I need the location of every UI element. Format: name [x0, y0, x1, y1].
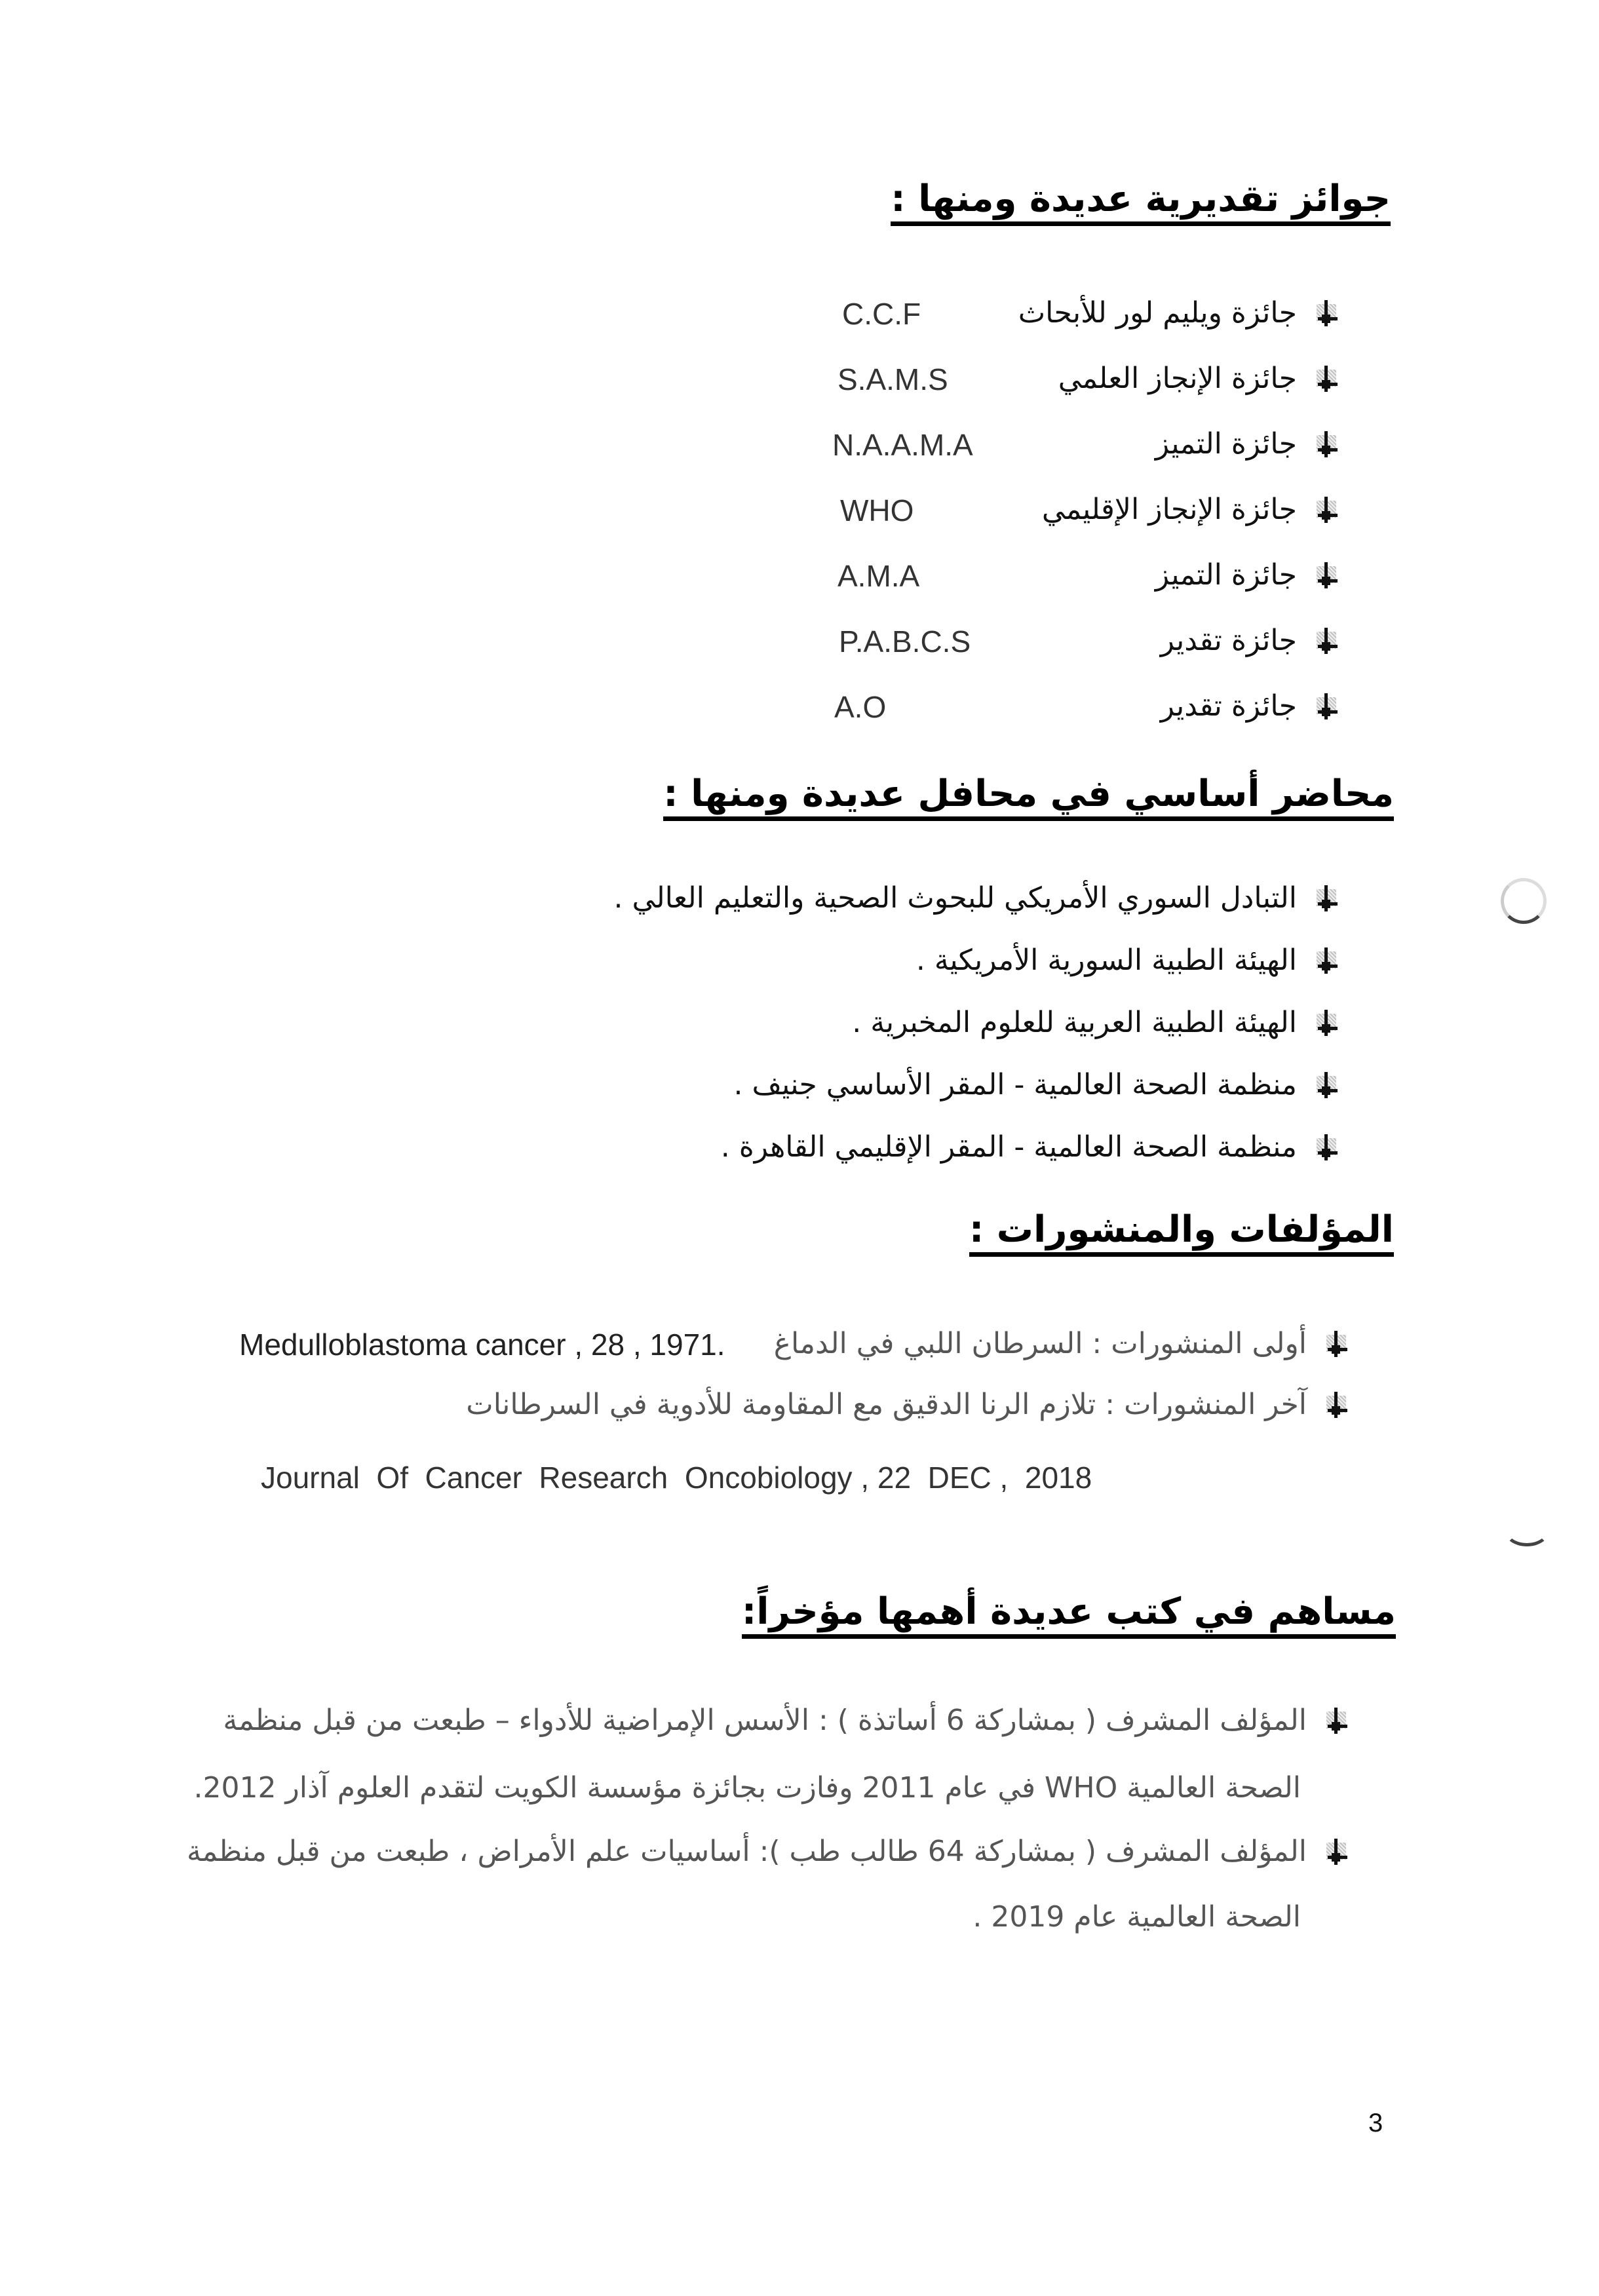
- lecture-item: الهيئة الطبية السورية الأمريكية .: [916, 944, 1340, 978]
- award-org: C.C.F: [842, 296, 921, 332]
- publications-heading: المؤلفات والمنشورات :: [969, 1209, 1394, 1257]
- bullet-arrow-icon: [1314, 885, 1340, 914]
- lectures-heading: محاضر أساسي في محافل عديدة ومنها :: [663, 773, 1394, 821]
- award-org: S.A.M.S: [838, 362, 948, 397]
- publication-first-label: أولى المنشورات : السرطان اللبي في الدماغ: [774, 1327, 1307, 1360]
- bullet-arrow-icon: [1314, 1134, 1340, 1163]
- lecture-item: الهيئة الطبية العربية للعلوم المخبرية .: [852, 1006, 1340, 1041]
- award-label: جائزة التميز: [1155, 558, 1297, 592]
- award-item: جائزة تقدير: [1161, 689, 1340, 724]
- book-line: المؤلف المشرف ( بمشاركة 6 أساتذة ) : الأ…: [223, 1704, 1307, 1737]
- page-number: 3: [1368, 2109, 1383, 2138]
- award-org: A.O: [834, 689, 886, 725]
- lecture-text: الهيئة الطبية العربية للعلوم المخبرية .: [852, 1006, 1297, 1039]
- publication-first-citation: Medulloblastoma cancer , 28 , 1971.: [239, 1327, 725, 1362]
- lecture-text: الهيئة الطبية السورية الأمريكية .: [916, 944, 1297, 977]
- publication-first: أولى المنشورات : السرطان اللبي في الدماغ: [774, 1327, 1350, 1362]
- bullet-arrow-icon: [1314, 1072, 1340, 1101]
- award-item: جائزة التميز: [1155, 558, 1340, 593]
- lecture-text: منظمة الصحة العالمية - المقر الإقليمي ال…: [721, 1130, 1297, 1164]
- lecture-item: منظمة الصحة العالمية - المقر الأساسي جني…: [733, 1068, 1340, 1103]
- bullet-arrow-icon: [1314, 366, 1340, 394]
- punch-hole-mark: [1504, 1514, 1550, 1546]
- book-line-continued: الصحة العالمية WHO في عام 2011 وفازت بجا…: [194, 1771, 1301, 1806]
- publication-last-label: آخر المنشورات : تلازم الرنا الدقيق مع ال…: [466, 1388, 1307, 1421]
- award-label: جائزة تقدير: [1161, 689, 1297, 723]
- bullet-arrow-icon: [1324, 1839, 1350, 1867]
- award-label: جائزة تقدير: [1161, 624, 1297, 657]
- bullet-arrow-icon: [1314, 628, 1340, 657]
- award-label: جائزة الإنجاز الإقليمي: [1042, 493, 1297, 526]
- award-item: جائزة الإنجاز الإقليمي: [1042, 493, 1340, 527]
- award-org: N.A.A.M.A: [832, 427, 973, 463]
- punch-hole-mark: [1501, 878, 1547, 924]
- bullet-arrow-icon: [1314, 1010, 1340, 1039]
- bullet-arrow-icon: [1324, 1331, 1350, 1360]
- bullet-arrow-icon: [1314, 497, 1340, 526]
- lecture-item: التبادل السوري الأمريكي للبحوث الصحية وا…: [614, 881, 1340, 916]
- awards-heading: جوائز تقديرية عديدة ومنها :: [891, 178, 1391, 226]
- book-item: المؤلف المشرف ( بمشاركة 64 طالب طب ): أس…: [187, 1835, 1350, 1869]
- bullet-arrow-icon: [1314, 562, 1340, 591]
- lecture-text: التبادل السوري الأمريكي للبحوث الصحية وا…: [614, 881, 1297, 915]
- publication-last-citation: Journal Of Cancer Research Oncobiology ,…: [261, 1460, 1092, 1495]
- bullet-arrow-icon: [1314, 431, 1340, 460]
- bullet-arrow-icon: [1324, 1708, 1350, 1736]
- bullet-arrow-icon: [1324, 1392, 1350, 1421]
- bullet-arrow-icon: [1314, 300, 1340, 329]
- award-label: جائزة التميز: [1155, 427, 1297, 461]
- award-item: جائزة ويليم لور للأبحاث: [1018, 296, 1340, 331]
- bullet-arrow-icon: [1314, 693, 1340, 722]
- books-heading: مساهم في كتب عديدة أهمها مؤخراً:: [742, 1591, 1396, 1639]
- lecture-text: منظمة الصحة العالمية - المقر الأساسي جني…: [733, 1068, 1297, 1101]
- publication-last: آخر المنشورات : تلازم الرنا الدقيق مع ال…: [466, 1388, 1350, 1423]
- award-label: جائزة ويليم لور للأبحاث: [1018, 296, 1297, 330]
- award-item: جائزة تقدير: [1161, 624, 1340, 659]
- award-item: جائزة الإنجاز العلمي: [1058, 362, 1340, 396]
- award-org: P.A.B.C.S: [839, 624, 971, 659]
- bullet-arrow-icon: [1314, 947, 1340, 976]
- book-item: المؤلف المشرف ( بمشاركة 6 أساتذة ) : الأ…: [223, 1704, 1350, 1738]
- book-line: المؤلف المشرف ( بمشاركة 64 طالب طب ): أس…: [187, 1835, 1307, 1868]
- award-label: جائزة الإنجاز العلمي: [1058, 362, 1297, 395]
- award-item: جائزة التميز: [1155, 427, 1340, 462]
- lecture-item: منظمة الصحة العالمية - المقر الإقليمي ال…: [721, 1130, 1340, 1165]
- award-org: WHO: [840, 493, 914, 528]
- award-org: A.M.A: [838, 558, 919, 594]
- book-line-continued: الصحة العالمية عام 2019 .: [973, 1900, 1301, 1935]
